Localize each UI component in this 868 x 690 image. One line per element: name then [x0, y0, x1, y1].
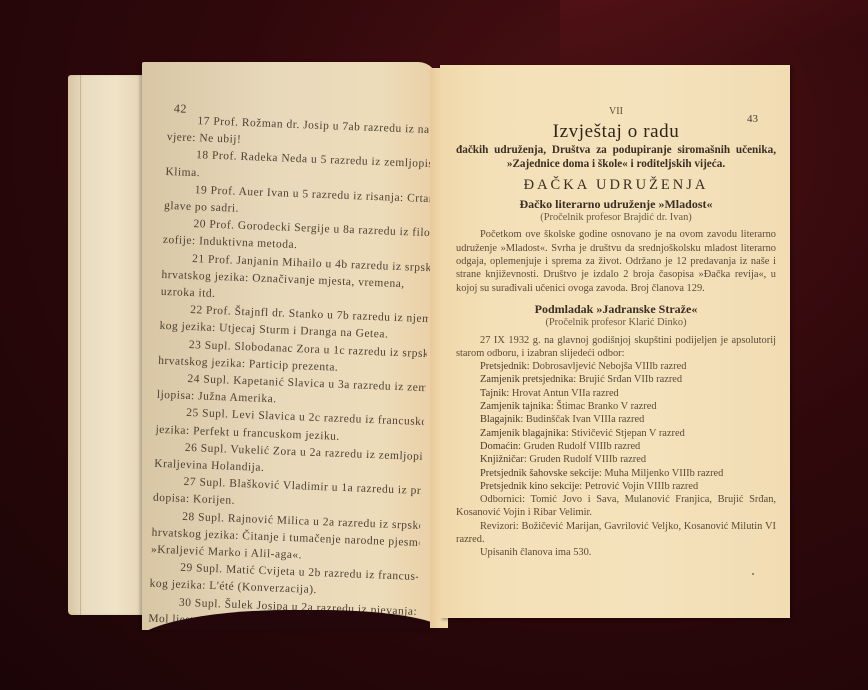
officer-line: Pretsjednik: Dobrosavljević Nebojša VIII…	[456, 360, 776, 373]
left-page: 42 17 Prof. Rožman dr. Josip u 7ab razre…	[142, 62, 438, 630]
paper-speck	[752, 573, 754, 575]
officer-line: Zamjenik pretsjednika: Brujić Srđan VIIb…	[456, 373, 776, 386]
officer-line: Zamjenik tajnika: Štimac Branko V razred	[456, 400, 776, 413]
club-head: (Pročelnik profesor Brajdić dr. Ivan)	[456, 211, 776, 224]
revizori-line: Revizori: Božičević Marijan, Gavrilović …	[456, 520, 776, 547]
club-paragraph: Početkom ove školske godine osnovano je …	[456, 228, 776, 294]
odbornici-line: Odbornici: Tomić Jovo i Sava, Mulanović …	[456, 493, 776, 520]
officer-line: Tajnik: Hrovat Antun VIIa razred	[456, 387, 776, 400]
officer-line: Knjižničar: Gruden Rudolf VIIIb razred	[456, 453, 776, 466]
chapter-roman-numeral: VII	[456, 105, 776, 118]
officer-line: Pretsjednik kino sekcije: Petrović Vojin…	[456, 480, 776, 493]
right-page: 43 VII Izvještaj o radu đačkih udruženja…	[440, 65, 790, 618]
report-subtitle: đačkih udruženja, Društva za podupiranje…	[456, 143, 776, 171]
officer-line: Domaćin: Gruden Rudolf VIIIb razred	[456, 440, 776, 453]
officer-line: Zamjenik blagajnika: Stivičević Stjepan …	[456, 427, 776, 440]
page-number-left: 42	[174, 100, 188, 118]
right-page-content: VII Izvještaj o radu đačkih udruženja, D…	[456, 105, 776, 560]
club-head: (Pročelnik profesor Klarić Dinko)	[456, 316, 776, 329]
club-paragraph: 27 IX 1932 g. na glavnoj godišnjoj skupš…	[456, 334, 776, 361]
page-edge-line	[80, 75, 81, 615]
members-count: Upisanih članova ima 530.	[456, 546, 776, 559]
club-title: Podmladak »Jadranske Straže«	[456, 303, 776, 316]
officer-line: Pretsjednik šahovske sekcije: Muha Milje…	[456, 467, 776, 480]
left-page-content: 42 17 Prof. Rožman dr. Josip u 7ab razre…	[148, 106, 436, 630]
fabric-background	[560, 0, 868, 70]
section-title: ĐAČKA UDRUŽENJA	[456, 179, 776, 192]
club-title: Đačko literarno udruženje »Mladost«	[456, 198, 776, 211]
report-title: Izvještaj o radu	[456, 125, 776, 138]
officer-line: Blagajnik: Budinščak Ivan VIIIa razred	[456, 413, 776, 426]
page-stack-edge	[68, 75, 148, 615]
